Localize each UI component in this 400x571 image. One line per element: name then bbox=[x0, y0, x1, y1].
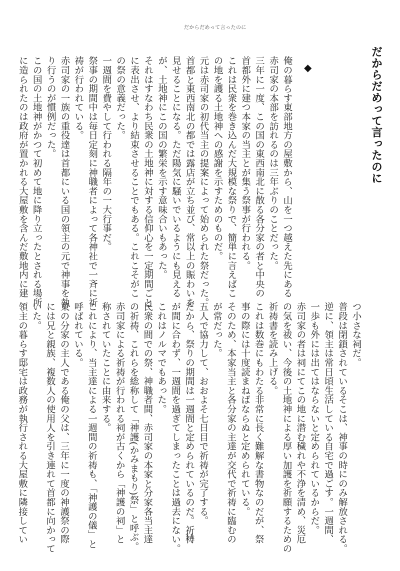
running-header: だからだめって言ったのに bbox=[184, 24, 246, 31]
diamond-icon: ◆ bbox=[304, 64, 312, 74]
story-title: だからだめって言ったのに bbox=[369, 46, 383, 184]
book-page: だからだめって言ったのに だからだめって言ったのに ◆ 俺の暮らす東部地方の屋敷… bbox=[0, 0, 400, 571]
page-number: 11 bbox=[185, 533, 195, 541]
body-text-upper-block: 俺の暮らす東部地方の屋敷から、山を一つ越えた先にある 赤司家の本部を訪れるのは三… bbox=[15, 56, 293, 304]
body-text-lower-block: つ小さな祠だ。 普段は閉鎖されているそこは、神事の時にのみ解放される。 逆に、領… bbox=[14, 302, 362, 550]
